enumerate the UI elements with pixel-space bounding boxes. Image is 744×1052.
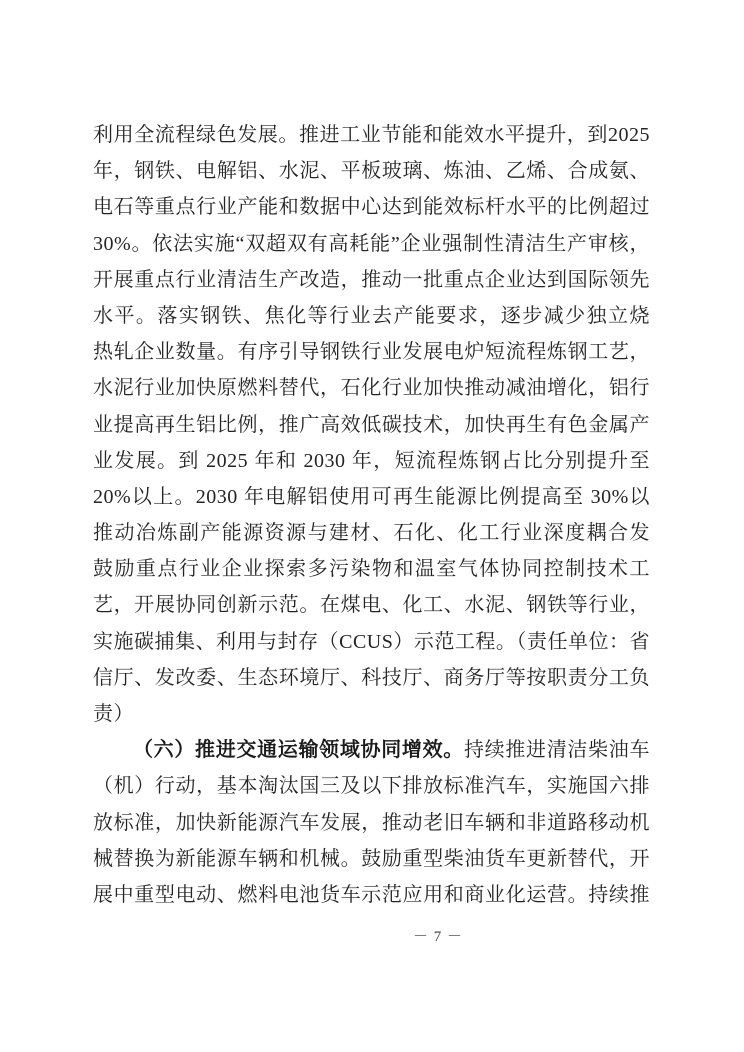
body-line: 责）	[93, 696, 650, 732]
text-block: 利用全流程绿色发展。推进工业节能和能效水平提升，到2025 年，钢铁、电解铝、水…	[93, 117, 650, 913]
body-line: 30%。依法实施“双超双有高耗能”企业强制性清洁生产审核，	[93, 226, 650, 262]
body-line: 放标准，加快新能源汽车发展，推动老旧车辆和非道路移动机	[93, 805, 650, 841]
body-line: （机）行动，基本淘汰国三及以下排放标准汽车，实施国六排	[93, 768, 650, 804]
body-line: 利用全流程绿色发展。推进工业节能和能效水平提升，到2025	[93, 117, 650, 153]
document-page: 利用全流程绿色发展。推进工业节能和能效水平提升，到2025 年，钢铁、电解铝、水…	[0, 0, 744, 1052]
body-line: 水泥行业加快原燃料替代，石化行业加快推动减油增化，铝行	[93, 370, 650, 406]
body-line: 水平。落实钢铁、焦化等行业去产能要求，逐步减少独立烧结、	[93, 298, 650, 334]
body-line: 鼓励重点行业企业探索多污染物和温室气体协同控制技术工	[93, 551, 650, 587]
body-line: 年，钢铁、电解铝、水泥、平板玻璃、炼油、乙烯、合成氨、	[93, 153, 650, 189]
body-line: 20%以上。2030 年电解铝使用可再生能源比例提高至 30%以上。	[93, 479, 650, 515]
body-line: 业发展。到 2025 年和 2030 年，短流程炼钢占比分别提升至15%、	[93, 443, 650, 479]
section-heading-line: （六）推进交通运输领域协同增效。持续推进清洁柴油车	[93, 732, 650, 768]
body-line: 推动冶炼副产能源资源与建材、石化、化工行业深度耦合发展。	[93, 515, 650, 551]
body-line: 热轧企业数量。有序引导钢铁行业发展电炉短流程炼钢工艺，	[93, 334, 650, 370]
body-line: 开展重点行业清洁生产改造，推动一批重点企业达到国际领先	[93, 262, 650, 298]
section-heading-bold: （六）推进交通运输领域协同增效。	[133, 739, 464, 761]
body-line: 展中重型电动、燃料电池货车示范应用和商业化运营。持续推	[93, 877, 650, 913]
section-heading-rest: 持续推进清洁柴油车	[464, 739, 650, 761]
body-line: 电石等重点行业产能和数据中心达到能效标杆水平的比例超过	[93, 189, 650, 225]
body-line: 械替换为新能源车辆和机械。鼓励重型柴油货车更新替代，开	[93, 841, 650, 877]
body-line: 业提高再生铝比例，推广高效低碳技术，加快再生有色金属产	[93, 407, 650, 443]
page-number: － 7 －	[413, 928, 463, 946]
body-line: 信厅、发改委、生态环境厅、科技厅、商务厅等按职责分工负	[93, 660, 650, 696]
body-line: 艺，开展协同创新示范。在煤电、化工、水泥、钢铁等行业，	[93, 587, 650, 623]
body-line: 实施碳捕集、利用与封存（CCUS）示范工程。（责任单位：省工	[93, 624, 650, 660]
